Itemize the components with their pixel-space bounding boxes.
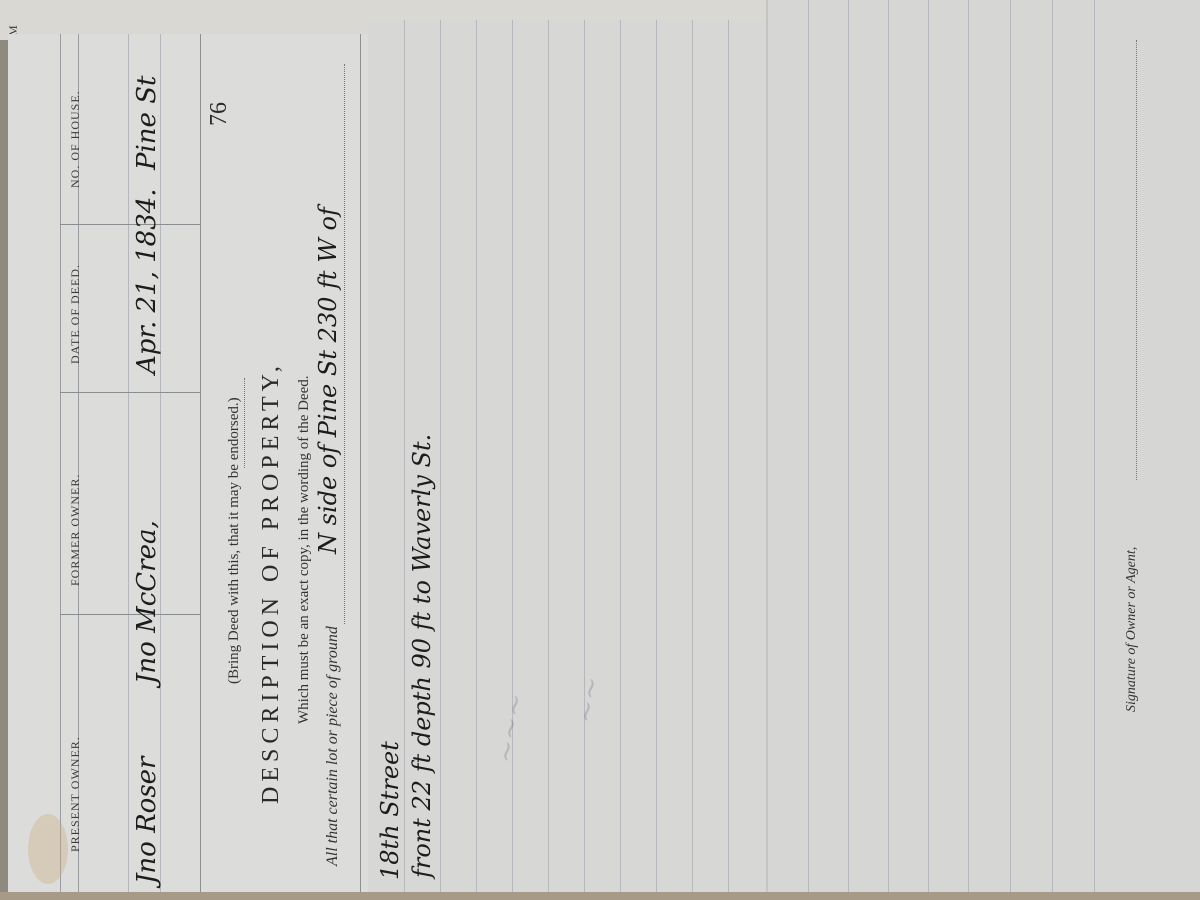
rule <box>968 0 969 900</box>
bleed-through-writing: ~~ <box>568 674 609 726</box>
column-divider <box>60 224 200 225</box>
description-line-1: N side of Pine St 230 ft W of <box>314 207 342 554</box>
paper-stain <box>28 814 68 884</box>
rule <box>404 20 405 896</box>
rule <box>1052 0 1053 900</box>
column-divider <box>60 392 200 393</box>
rule <box>1094 0 1095 900</box>
description-title: DESCRIPTION OF PROPERTY, <box>258 361 285 804</box>
rule <box>476 20 477 896</box>
rule <box>928 0 929 900</box>
rule <box>1010 0 1011 900</box>
rule <box>728 20 729 896</box>
header-former-owner: FORMER OWNER. <box>68 474 83 586</box>
bleed-through-writing: ~~~ <box>488 691 533 766</box>
header-present-owner: PRESENT OWNER. <box>68 736 83 852</box>
rule <box>584 20 585 896</box>
column-divider <box>60 614 200 615</box>
rule <box>512 20 513 896</box>
header-date-of-deed: DATE OF DEED. <box>68 264 83 364</box>
decorative-dotted-rule <box>244 378 245 468</box>
rule <box>848 0 849 900</box>
rule <box>60 34 61 892</box>
rule <box>656 20 657 896</box>
rule <box>360 34 361 892</box>
rule <box>888 0 889 900</box>
entry-present-owner: Jno Roser <box>132 757 162 884</box>
rule <box>548 20 549 896</box>
rule <box>440 20 441 896</box>
description-line-2: 18th Street <box>376 741 404 880</box>
signature-line[interactable] <box>1136 40 1137 480</box>
form-left-page: PRESENT OWNER. FORMER OWNER. DATE OF DEE… <box>8 34 370 892</box>
rule <box>200 34 201 892</box>
instruction-text: (Bring Deed with this, that it may be en… <box>226 397 243 684</box>
rule <box>128 34 129 892</box>
entry-no-of-house: Pine St <box>132 76 162 170</box>
lead-in-text: All that certain lot or piece of ground <box>324 626 342 866</box>
write-line <box>344 64 345 624</box>
entry-former-owner: Jno McCrea, <box>132 520 162 684</box>
form-middle-page: 18th Street front 22 ft depth 90 ft to W… <box>368 20 766 896</box>
signature-label: Signature of Owner or Agent, <box>1124 547 1140 712</box>
rule <box>692 20 693 896</box>
form-number: 76 <box>206 102 233 126</box>
entry-date-of-deed: Apr. 21, 1834. <box>132 188 162 374</box>
description-line-3: front 22 ft depth 90 ft to Waverly St. <box>408 434 436 878</box>
subtitle-text: Which must be an exact copy, in the word… <box>296 375 313 724</box>
header-no-of-house: NO. OF HOUSE. <box>68 90 83 188</box>
table-surface <box>0 892 1200 900</box>
rule <box>620 20 621 896</box>
rule <box>808 0 809 900</box>
form-right-page: Signature of Owner or Agent, <box>766 0 1200 900</box>
